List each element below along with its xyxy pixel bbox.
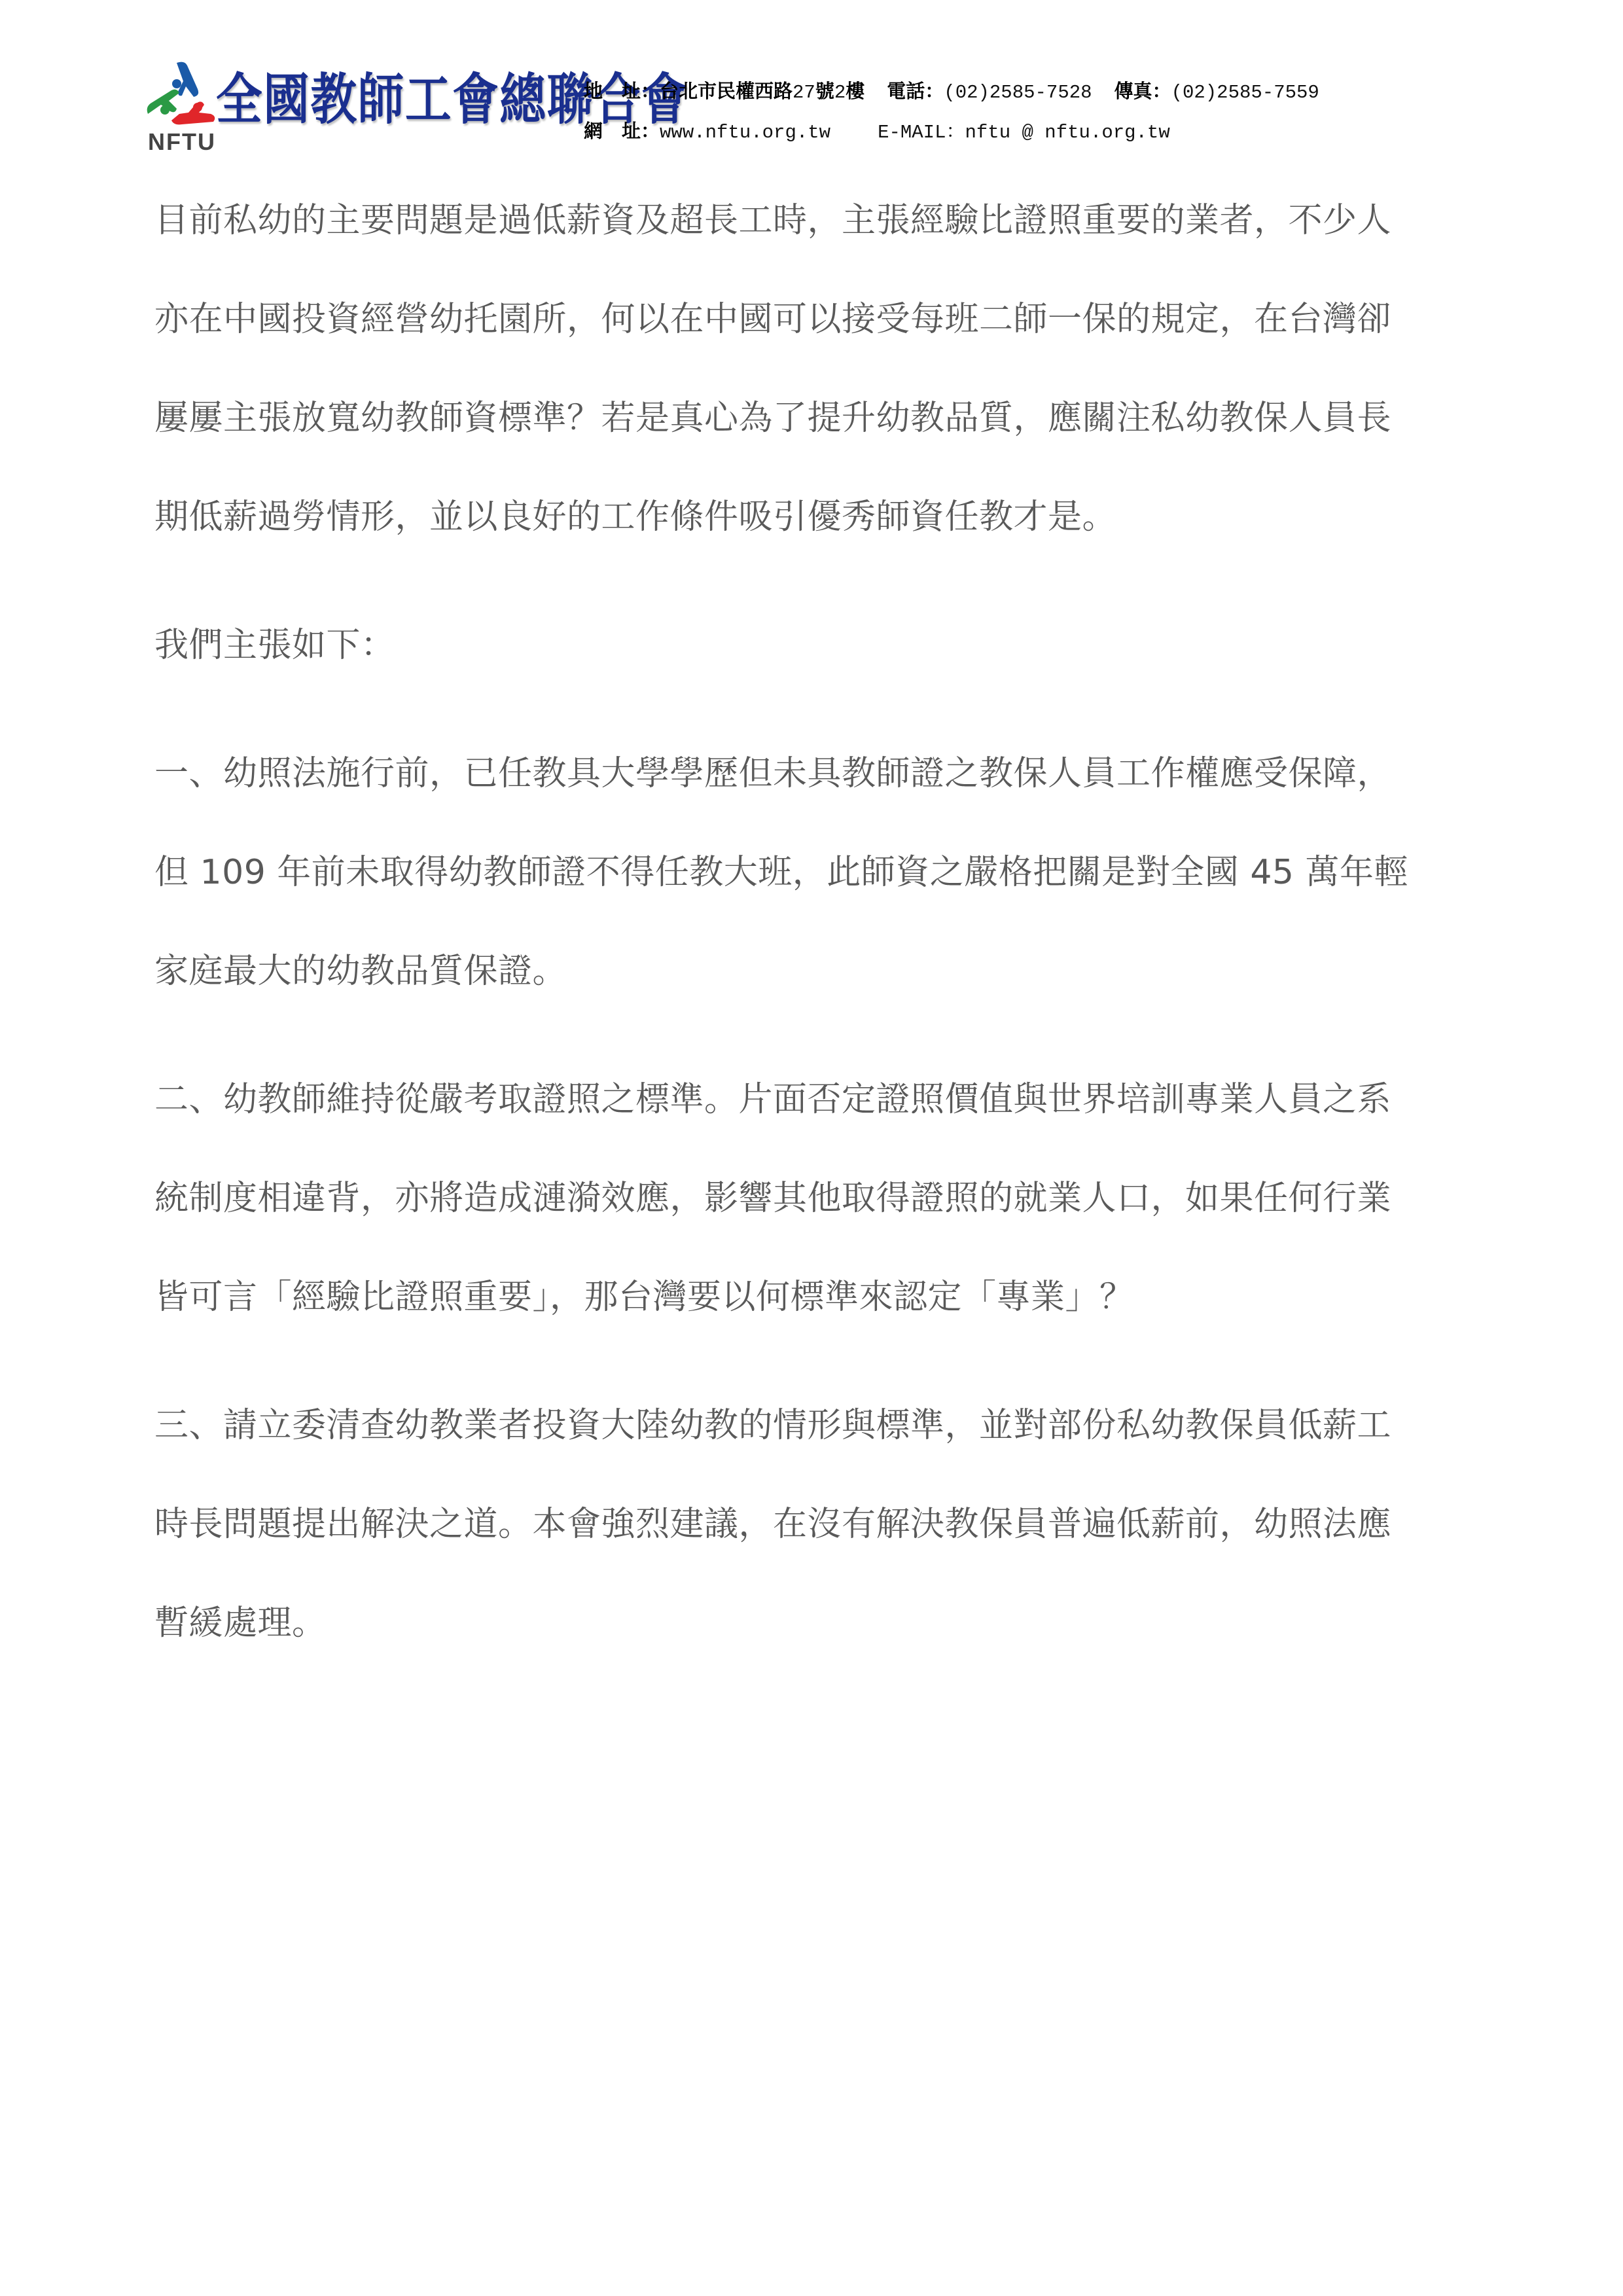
text-line: 統制度相違背，亦將造成漣漪效應，影響其他取得證照的就業人口，如果任何行業 <box>154 1149 1470 1248</box>
text-line: 屢屢主張放寬幼教師資標準？若是真心為了提升幼教品質，應關注私幼教保人員長 <box>154 369 1470 468</box>
text-line: 一、幼照法施行前，已任教具大學學歷但未具教師證之教保人員工作權應受保障， <box>154 725 1470 823</box>
logo-abbreviation: NFTU <box>148 128 216 156</box>
website-label: 網 址： <box>584 112 660 150</box>
text-line: 我們主張如下： <box>154 596 1470 695</box>
address-number: 27 <box>793 74 815 112</box>
text-line: 目前私幼的主要問題是過低薪資及超長工時，主張經驗比證照重要的業者，不少人 <box>154 171 1470 270</box>
nftu-logo: NFTU 全國教師工會總聯合會 <box>145 58 544 156</box>
document-body: 目前私幼的主要問題是過低薪資及超長工時，主張經驗比證照重要的業者，不少人 亦在中… <box>154 171 1470 1673</box>
contact-info: 地 址： 台北市民權西路 27 號 2 樓 電話： (02)2585-7528 … <box>584 72 1319 152</box>
email-link[interactable]: nftu @ nftu.org.tw <box>965 114 1169 152</box>
text-line: 時長問題提出解決之道。本會強烈建議，在沒有解決教保員普遍低薪前，幼照法應 <box>154 1475 1470 1574</box>
text-line: 亦在中國投資經營幼托園所，何以在中國可以接受每班二師一保的規定，在台灣卻 <box>154 270 1470 369</box>
fax-value: (02)2585-7559 <box>1171 74 1319 112</box>
address-floor: 2 <box>834 74 846 112</box>
phone-label: 電話： <box>887 72 944 110</box>
text-line: 暫緩處理。 <box>154 1574 1470 1673</box>
contact-row-web: 網 址： www.nftu.org.tw E-MAIL： nftu @ nftu… <box>584 112 1319 152</box>
address-number-unit: 號 <box>815 72 834 110</box>
website-link[interactable]: www.nftu.org.tw <box>660 114 830 152</box>
text-line: 三、請立委清查幼教業者投資大陸幼教的情形與標準，並對部份私幼教保員低薪工 <box>154 1376 1470 1475</box>
paragraph-point-2: 二、幼教師維持從嚴考取證照之標準。片面否定證照價值與世界培訓專業人員之系 統制度… <box>154 1050 1470 1347</box>
address-label: 地 址： <box>584 72 660 110</box>
fax-label: 傳真： <box>1115 72 1171 110</box>
paragraph-position-heading: 我們主張如下： <box>154 596 1470 695</box>
address-street: 台北市民權西路 <box>660 72 793 110</box>
letterhead: NFTU 全國教師工會總聯合會 地 址： 台北市民權西路 27 號 2 樓 電話… <box>145 58 1480 156</box>
paragraph-point-1: 一、幼照法施行前，已任教具大學學歷但未具教師證之教保人員工作權應受保障， 但 1… <box>154 725 1470 1021</box>
text-line: 皆可言「經驗比證照重要」，那台灣要以何標準來認定「專業」？ <box>154 1248 1470 1347</box>
email-label: E-MAIL： <box>878 114 965 152</box>
contact-row-address: 地 址： 台北市民權西路 27 號 2 樓 電話： (02)2585-7528 … <box>584 72 1319 112</box>
text-line: 二、幼教師維持從嚴考取證照之標準。片面否定證照價值與世界培訓專業人員之系 <box>154 1050 1470 1149</box>
text-line: 但 109 年前未取得幼教師證不得任教大班，此師資之嚴格把關是對全國 45 萬年… <box>154 823 1470 922</box>
address-floor-unit: 樓 <box>846 72 865 110</box>
phone-value: (02)2585-7528 <box>944 74 1092 112</box>
paragraph-point-3: 三、請立委清查幼教業者投資大陸幼教的情形與標準，並對部份私幼教保員低薪工 時長問… <box>154 1376 1470 1673</box>
text-line: 家庭最大的幼教品質保證。 <box>154 922 1470 1021</box>
paragraph-intro: 目前私幼的主要問題是過低薪資及超長工時，主張經驗比證照重要的業者，不少人 亦在中… <box>154 171 1470 567</box>
text-line: 期低薪過勞情形，並以良好的工作條件吸引優秀師資任教才是。 <box>154 468 1470 567</box>
